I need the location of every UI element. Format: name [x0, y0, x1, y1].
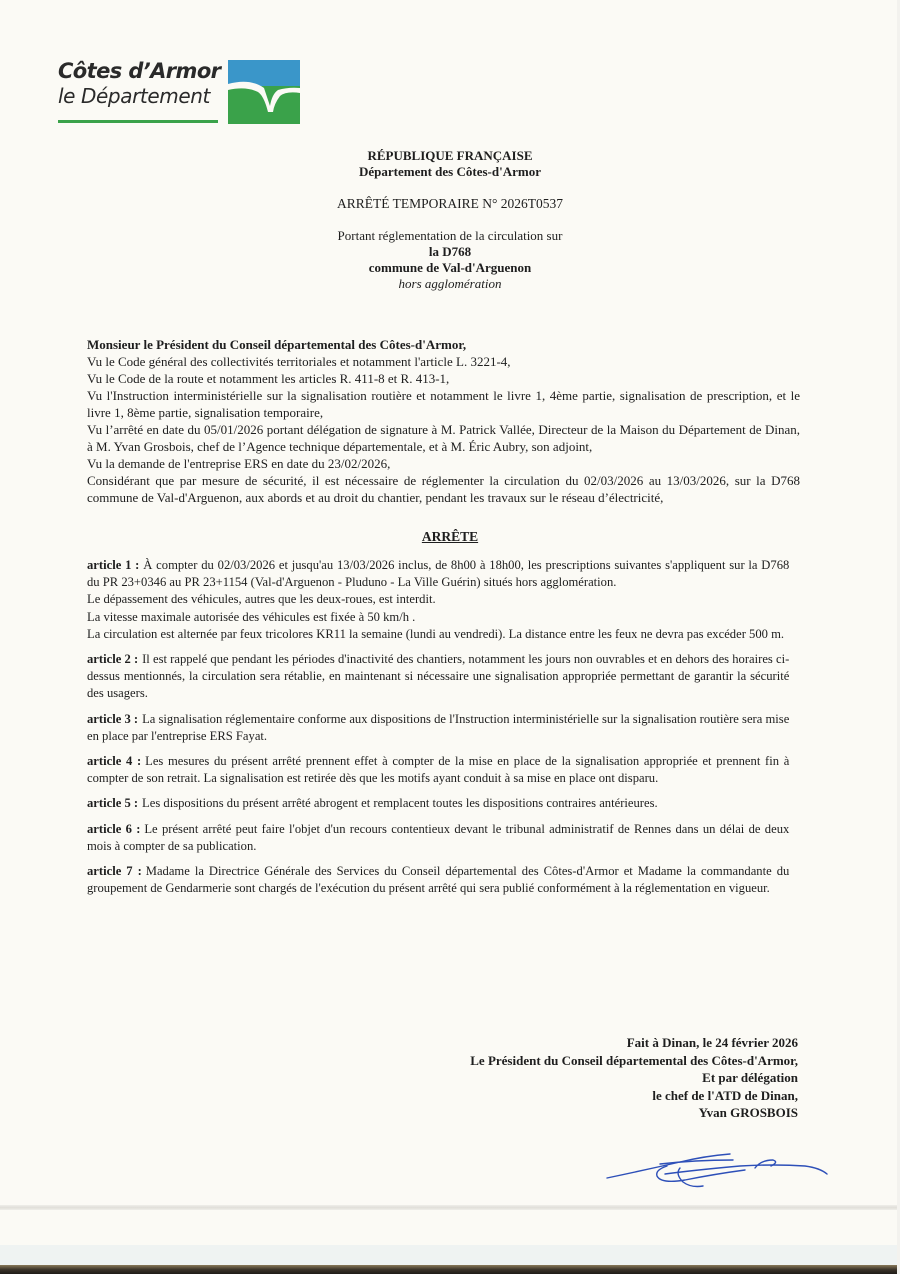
article-text: La vitesse maximale autorisée des véhicu… — [87, 609, 789, 626]
article-text: La circulation est alternée par feux tri… — [87, 626, 789, 643]
road-name: la D768 — [0, 244, 900, 260]
logo-green-rule — [58, 120, 218, 123]
article-label: article 3 : — [87, 712, 138, 726]
article-text: Il est rappelé que pendant les périodes … — [87, 652, 789, 700]
preamble-line: Vu la demande de l'entreprise ERS en dat… — [87, 455, 800, 472]
location-note: hors agglomération — [0, 276, 900, 292]
preamble-line: Vu le Code général des collectivités ter… — [87, 353, 800, 370]
preamble-line: Vu l’arrêté en date du 05/01/2026 portan… — [87, 421, 800, 455]
article-label: article 5 : — [87, 796, 138, 810]
logo-book-emblem-icon — [228, 60, 300, 124]
article-text: Les mesures du présent arrêté prennent e… — [87, 754, 789, 785]
article-text: À compter du 02/03/2026 et jusqu'au 13/0… — [87, 558, 789, 589]
article-label: article 6 : — [87, 822, 140, 836]
signature-block: Fait à Dinan, le 24 février 2026 Le Prés… — [470, 1034, 798, 1122]
article-label: article 2 : — [87, 652, 138, 666]
article-text: Les dispositions du présent arrêté abrog… — [142, 796, 658, 810]
arrete-number: ARRÊTÉ TEMPORAIRE N° 2026T0537 — [0, 196, 900, 212]
article-text: Le dépassement des véhicules, autres que… — [87, 591, 789, 608]
scan-artifact-tint — [0, 1245, 900, 1265]
arrete-heading-text: ARRÊTE — [422, 529, 478, 544]
delegation-line: Et par délégation — [470, 1069, 798, 1087]
article-label: article 7 : — [87, 864, 142, 878]
department-name: Département des Côtes-d'Armor — [0, 164, 900, 180]
logo-wordmark: Côtes d’Armor le Département — [58, 58, 220, 108]
article-3: article 3 :La signalisation réglementair… — [87, 711, 789, 745]
cotes-darmor-logo: Côtes d’Armor le Département — [56, 58, 306, 128]
commune-name: commune de Val-d'Arguenon — [0, 260, 900, 276]
scan-bottom-edge — [0, 1265, 900, 1274]
scanned-document-page: Côtes d’Armor le Département RÉPUBLIQUE … — [0, 0, 900, 1274]
article-6: article 6 :Le présent arrêté peut faire … — [87, 821, 789, 855]
signatory-name: Yvan GROSBOIS — [470, 1104, 798, 1122]
signatory-title: Le Président du Conseil départemental de… — [470, 1052, 798, 1070]
subject-line: Portant réglementation de la circulation… — [0, 228, 900, 244]
signatory-role: le chef de l'ATD de Dinan, — [470, 1087, 798, 1105]
articles-list: article 1 :À compter du 02/03/2026 et ju… — [87, 557, 789, 905]
handwritten-signature-icon — [605, 1140, 830, 1190]
article-5: article 5 :Les dispositions du présent a… — [87, 795, 789, 812]
preamble-line: Vu le Code de la route et notamment les … — [87, 370, 800, 387]
article-7: article 7 :Madame la Directrice Générale… — [87, 863, 789, 897]
logo-line-2: le Département — [58, 84, 220, 108]
republic-title: RÉPUBLIQUE FRANÇAISE — [0, 148, 900, 164]
document-header: RÉPUBLIQUE FRANÇAISE Département des Côt… — [0, 148, 900, 292]
article-text: Madame la Directrice Générale des Servic… — [87, 864, 789, 895]
article-text: Le présent arrêté peut faire l'objet d'u… — [87, 822, 789, 853]
preamble-line: Considérant que par mesure de sécurité, … — [87, 472, 800, 506]
logo-line-1: Côtes d’Armor — [58, 58, 220, 84]
preamble: Monsieur le Président du Conseil départe… — [87, 336, 800, 506]
article-text: La signalisation réglementaire conforme … — [87, 712, 789, 743]
arrete-heading: ARRÊTE — [0, 529, 900, 545]
article-1: article 1 :À compter du 02/03/2026 et ju… — [87, 557, 789, 643]
authority-line: Monsieur le Président du Conseil départe… — [87, 336, 800, 353]
scan-artifact-band — [0, 1205, 900, 1210]
article-4: article 4 :Les mesures du présent arrêté… — [87, 753, 789, 787]
article-2: article 2 :Il est rappelé que pendant le… — [87, 651, 789, 703]
place-date: Fait à Dinan, le 24 février 2026 — [470, 1034, 798, 1052]
article-label: article 1 : — [87, 558, 139, 572]
preamble-line: Vu l'Instruction interministérielle sur … — [87, 387, 800, 421]
article-label: article 4 : — [87, 754, 141, 768]
